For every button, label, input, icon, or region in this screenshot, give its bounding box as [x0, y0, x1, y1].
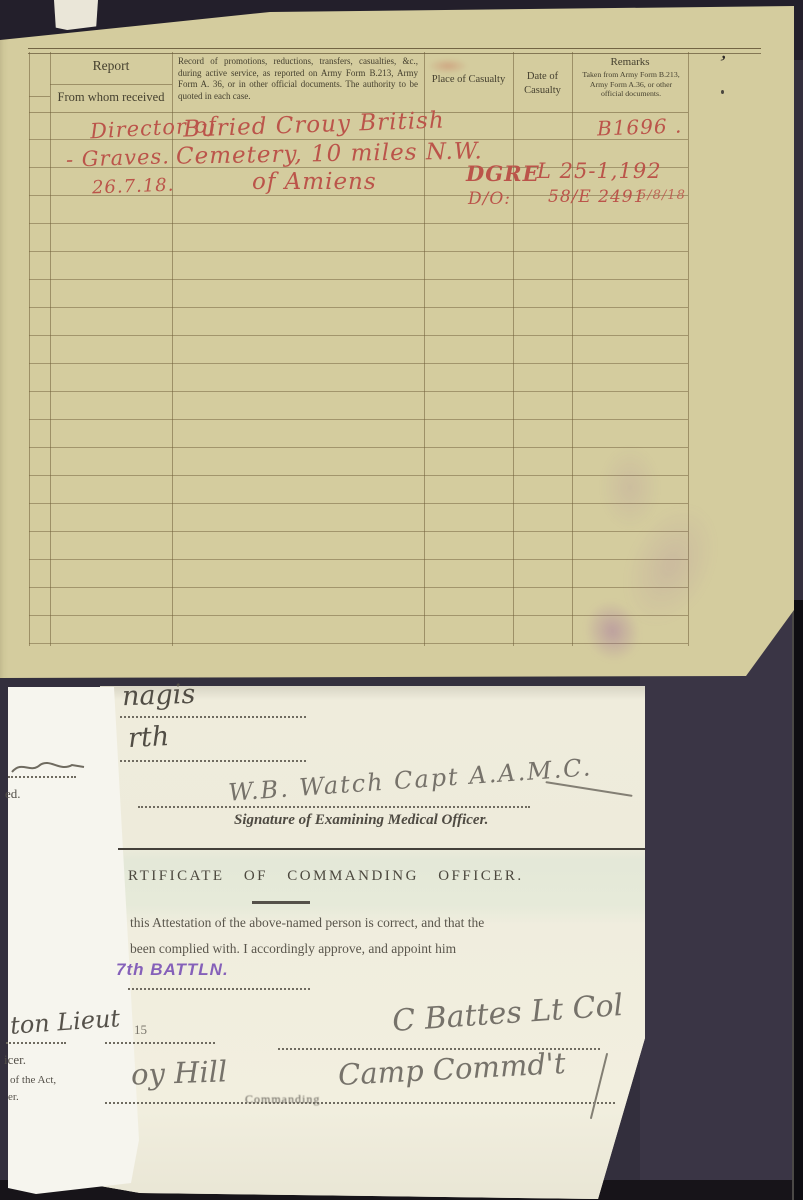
entry-ref1-label: DGRE — [466, 161, 540, 186]
crossed-out-scribble — [10, 756, 88, 780]
dotted-line-name — [120, 716, 306, 718]
purple-ink-stain-3 — [600, 445, 660, 530]
certificate-top-rule — [118, 848, 645, 850]
dotted-line-date — [105, 1042, 215, 1044]
entry-ref2-date: 5/8/18 — [638, 188, 686, 203]
entry-record-line2: Cemetery, 10 miles N.W. — [176, 138, 483, 169]
handwritten-name-fragment: nagis — [121, 679, 195, 713]
ink-dot-mark — [721, 90, 724, 94]
underlying-fragment-er: er. — [8, 1091, 19, 1103]
header-report: Report — [50, 58, 172, 74]
entry-ref2-label: D/O: — [468, 189, 511, 209]
table-top-border — [28, 48, 761, 54]
entry-record-line3: of Amiens — [252, 169, 377, 195]
header-record: Record of promotions, reductions, transf… — [178, 56, 418, 103]
report-divider — [50, 84, 172, 85]
header-from-whom: From whom received — [50, 90, 172, 105]
entry-remark-ref: B1696 . — [597, 114, 683, 141]
entry-source-line2: - Graves. — [66, 144, 171, 172]
commanding-printed-label: Commanding — [245, 1092, 320, 1107]
entry-ref1-value: L 25-1,192 — [537, 159, 662, 183]
entry-ref2-value: 58/E 2491 — [548, 187, 645, 207]
dotted-line-commanding — [105, 1102, 615, 1104]
dotted-line-med-signature — [138, 806, 530, 808]
scan-edge-strip — [792, 600, 803, 1200]
form-line-number: 15 — [134, 1022, 147, 1038]
mount-background-right — [640, 600, 803, 1200]
dotted-line-underlying2 — [6, 1042, 66, 1044]
battalion-stamp: 7th BATTLN. — [116, 960, 229, 980]
paper-scrap-top — [54, 0, 98, 30]
title-underline-dash — [252, 901, 310, 904]
camp-location-handwriting: oy Hill — [130, 1054, 227, 1091]
certificate-body-line1: this Attestation of the above-named pers… — [130, 915, 484, 931]
underlying-fragment-act: of the Act, — [10, 1074, 56, 1086]
red-stamp-remnant — [428, 58, 468, 74]
certificate-title: RTIFICATE OF COMMANDING OFFICER. — [128, 868, 524, 885]
narrow-col-divider — [29, 96, 50, 97]
header-date: Date of Casualty — [513, 70, 572, 97]
certificate-body-line2: been complied with. I accordingly approv… — [130, 941, 456, 957]
header-remarks-sub: Taken from Army Form B.213, Army Form A.… — [580, 70, 682, 99]
document-scan: nagis rth W.B. Watch Capt A.A.M.C. Signa… — [0, 0, 803, 1200]
entry-source-line3: 26.7.18. — [92, 175, 175, 199]
header-place: Place of Casualty — [424, 74, 513, 85]
underlying-fragment-icer: icer. — [4, 1052, 26, 1068]
dotted-line-place — [120, 760, 306, 762]
medical-signature-caption: Signature of Examining Medical Officer. — [234, 812, 488, 829]
header-remarks: Remarks — [575, 56, 685, 68]
underlying-fragment-ed: ed. — [5, 786, 21, 802]
dotted-line-battalion — [128, 988, 310, 990]
handwritten-place-fragment: rth — [127, 721, 170, 754]
